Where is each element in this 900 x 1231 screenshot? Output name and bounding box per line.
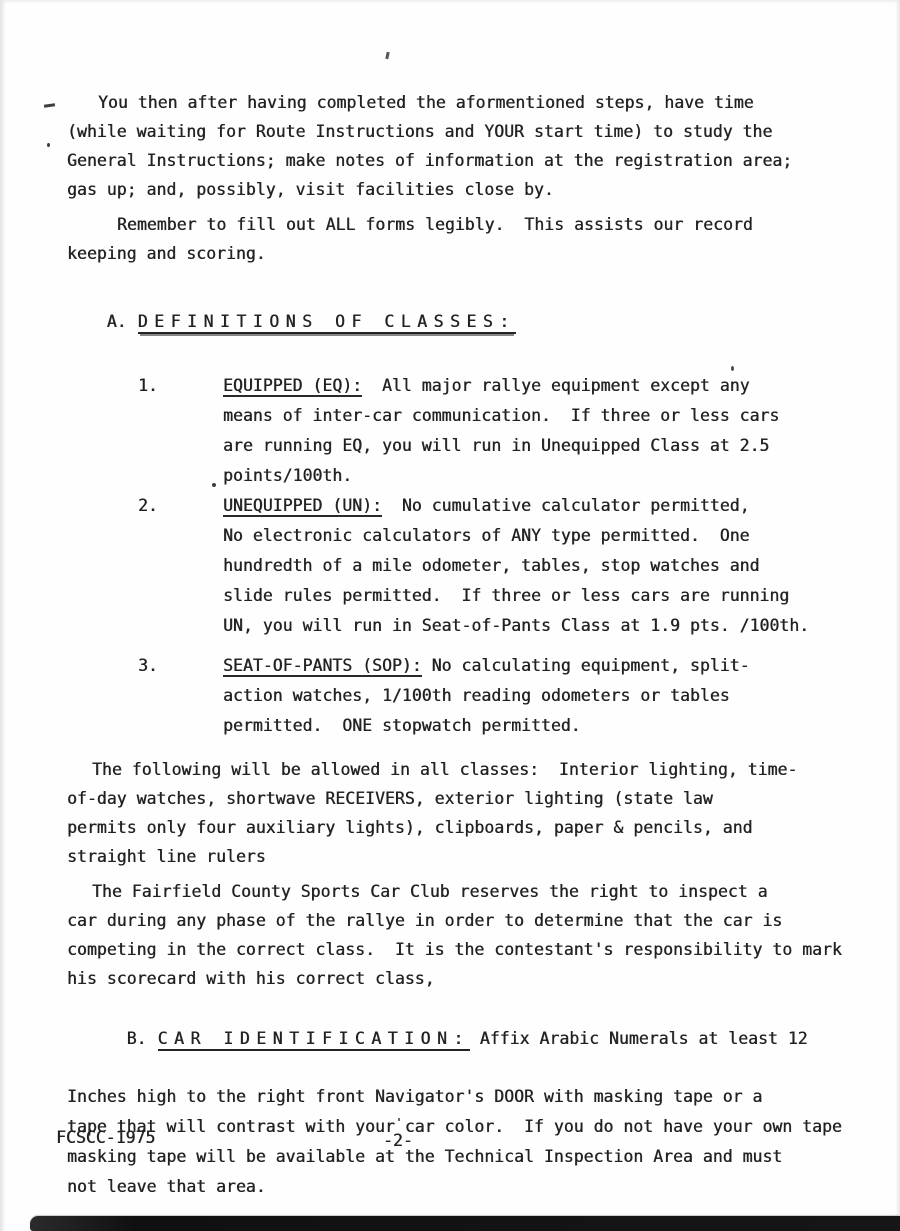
scan-edge-right <box>895 0 900 1215</box>
footer-page-number: -2- <box>383 1131 413 1150</box>
text-line: points/100th. <box>223 461 900 491</box>
text-line: keeping and scoring. <box>67 239 900 268</box>
text-line: slide rules permitted. If three or less … <box>223 581 900 611</box>
text-line: means of inter-car communication. If thr… <box>223 401 900 431</box>
text-line: masking tape will be available at the Te… <box>67 1142 900 1172</box>
item-number: 1. <box>138 371 223 491</box>
class-term: SEAT-OF-PANTS (SOP): <box>223 656 422 677</box>
text-line: competing in the correct class. It is th… <box>67 935 900 964</box>
text-line: permits only four auxiliary lights), cli… <box>67 813 900 842</box>
scan-artifact-tick <box>385 52 389 59</box>
text-line: hundredth of a mile odometer, tables, st… <box>223 551 900 581</box>
text-line: UNEQUIPPED (UN): No cumulative calculato… <box>223 491 900 521</box>
class-term: EQUIPPED (EQ): <box>223 376 362 397</box>
section-b-car-identification: B.CAR IDENTIFICATION: Affix Arabic Numer… <box>0 995 900 1202</box>
definition-item-seat-of-pants: 3. SEAT-OF-PANTS (SOP): No calculating e… <box>0 651 900 741</box>
text-line: The Fairfield County Sports Car Club res… <box>92 877 900 906</box>
item-text: SEAT-OF-PANTS (SOP): No calculating equi… <box>223 651 900 741</box>
text-line: his scorecard with his correct class, <box>67 964 900 993</box>
scan-artifact-dot <box>47 143 50 147</box>
text-line: No electronic calculators of ANY type pe… <box>223 521 900 551</box>
text-line: UN, you will run in Seat-of-Pants Class … <box>223 611 900 641</box>
scan-edge-top <box>0 0 900 4</box>
text-line: (while waiting for Route Instructions an… <box>67 117 900 146</box>
section-a-heading: A.DEFINITIONS OF CLASSES: <box>67 278 900 365</box>
intro-paragraph-2: Remember to fill out ALL forms legibly. … <box>0 210 900 268</box>
class-term: UNEQUIPPED (UN): <box>223 496 382 517</box>
item-number: 2. <box>138 491 223 641</box>
text-line: You then after having completed the afor… <box>98 88 900 117</box>
term-description: No calculating equipment, split- <box>422 656 750 675</box>
item-number: 3. <box>138 651 223 741</box>
text-line: not leave that area. <box>67 1172 900 1202</box>
definition-item-equipped: 1. EQUIPPED (EQ): All major rallye equip… <box>0 371 900 491</box>
definitions-list: 1. EQUIPPED (EQ): All major rallye equip… <box>0 371 900 741</box>
text-line: car during any phase of the rallye in or… <box>67 906 900 935</box>
footer-document-id: FCSCC-1975 <box>56 1128 155 1147</box>
text-line: Remember to fill out ALL forms legibly. … <box>117 210 900 239</box>
scan-bottom-edge-shadow <box>30 1216 900 1231</box>
section-b-label: B. <box>127 1024 158 1053</box>
section-a-label: A. <box>107 307 138 336</box>
section-a-title: DEFINITIONS OF CLASSES: <box>138 312 516 334</box>
text-line: gas up; and, possibly, visit facilities … <box>67 175 900 204</box>
text-line: action watches, 1/100th reading odometer… <box>223 681 900 711</box>
section-b-heading: B.CAR IDENTIFICATION: Affix Arabic Numer… <box>67 995 900 1082</box>
allowed-in-all-classes-paragraph: The following will be allowed in all cla… <box>0 755 900 871</box>
text-line: are running EQ, you will run in Unequipp… <box>223 431 900 461</box>
text-line: straight line rulers <box>67 842 900 871</box>
text-line: Inches high to the right front Navigator… <box>67 1082 900 1112</box>
item-text: EQUIPPED (EQ): All major rallye equipmen… <box>223 371 900 491</box>
text-line: of-day watches, shortwave RECEIVERS, ext… <box>67 784 900 813</box>
text-line: EQUIPPED (EQ): All major rallye equipmen… <box>223 371 900 401</box>
heading-continuation: Affix Arabic Numerals at least 12 <box>470 1029 808 1048</box>
scan-edge-left <box>0 0 6 1231</box>
scan-artifact-dot <box>212 483 216 487</box>
section-b-title: CAR IDENTIFICATION: <box>158 1029 470 1051</box>
scan-artifact-dot <box>398 1118 400 1121</box>
text-line: permitted. ONE stopwatch permitted. <box>223 711 900 741</box>
definition-item-unequipped: 2. UNEQUIPPED (UN): No cumulative calcul… <box>0 491 900 641</box>
scanned-document-page: You then after having completed the afor… <box>0 0 900 1231</box>
text-line: SEAT-OF-PANTS (SOP): No calculating equi… <box>223 651 900 681</box>
text-line: tape that will contrast with your car co… <box>67 1112 900 1142</box>
text-line: General Instructions; make notes of info… <box>67 146 900 175</box>
intro-paragraph-1: You then after having completed the afor… <box>0 88 900 204</box>
term-description: All major rallye equipment except any <box>362 376 749 395</box>
inspection-rights-paragraph: The Fairfield County Sports Car Club res… <box>0 877 900 993</box>
term-description: No cumulative calculator permitted, <box>382 496 750 515</box>
item-text: UNEQUIPPED (UN): No cumulative calculato… <box>223 491 900 641</box>
text-line: The following will be allowed in all cla… <box>92 755 900 784</box>
scan-artifact-dot <box>731 366 734 371</box>
